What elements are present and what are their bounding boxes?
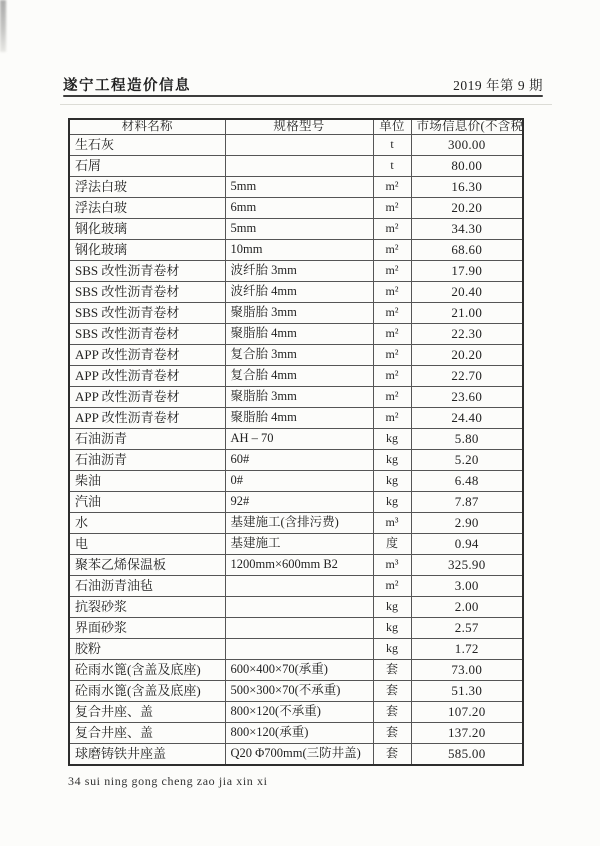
table-row: 浮法白玻6mmm²20.20: [69, 197, 523, 218]
price-cell: 20.20: [411, 344, 523, 365]
price-cell: 2.00: [411, 596, 523, 617]
material-name-cell: 球磨铸铁井座盖: [69, 743, 225, 765]
unit-cell: 度: [373, 533, 411, 554]
spec-cell: 聚脂胎 3mm: [225, 302, 373, 323]
material-name-cell: 石屑: [69, 155, 225, 176]
material-name-cell: 钢化玻璃: [69, 218, 225, 239]
table-row: 胶粉kg1.72: [69, 638, 523, 659]
material-name-cell: SBS 改性沥青卷材: [69, 323, 225, 344]
spec-cell: 5mm: [225, 218, 373, 239]
price-cell: 16.30: [411, 176, 523, 197]
unit-cell: m²: [373, 344, 411, 365]
unit-cell: 套: [373, 722, 411, 743]
header-rule-shadow: [60, 104, 552, 105]
page-header: 遂宁工程造价信息 2019 年第 9 期: [63, 74, 543, 95]
price-cell: 585.00: [411, 743, 523, 765]
unit-cell: t: [373, 155, 411, 176]
price-cell: 80.00: [411, 155, 523, 176]
material-name-cell: APP 改性沥青卷材: [69, 386, 225, 407]
unit-cell: m²: [373, 302, 411, 323]
spec-cell: 聚脂胎 3mm: [225, 386, 373, 407]
table-row: 生石灰t300.00: [69, 134, 523, 155]
spec-cell: [225, 575, 373, 596]
material-name-cell: APP 改性沥青卷材: [69, 407, 225, 428]
unit-cell: kg: [373, 617, 411, 638]
material-name-cell: 胶粉: [69, 638, 225, 659]
price-cell: 3.00: [411, 575, 523, 596]
footer-note: 34 sui ning gong cheng zao jia xin xi: [68, 774, 268, 788]
header-rule: [63, 95, 543, 97]
unit-cell: kg: [373, 638, 411, 659]
table-row: SBS 改性沥青卷材波纤胎 4mmm²20.40: [69, 281, 523, 302]
table-row: 砼雨水篦(含盖及底座)500×300×70(不承重)套51.30: [69, 680, 523, 701]
spec-cell: 复合胎 3mm: [225, 344, 373, 365]
spec-cell: 0#: [225, 470, 373, 491]
table-row: APP 改性沥青卷材复合胎 4mmm²22.70: [69, 365, 523, 386]
table-row: SBS 改性沥青卷材聚脂胎 3mmm²21.00: [69, 302, 523, 323]
table-row: 石油沥青AH – 70kg5.80: [69, 428, 523, 449]
unit-cell: m²: [373, 239, 411, 260]
material-name-cell: 聚苯乙烯保温板: [69, 554, 225, 575]
table-row: 柴油0#kg6.48: [69, 470, 523, 491]
table-row: 钢化玻璃10mmm²68.60: [69, 239, 523, 260]
spec-cell: 聚脂胎 4mm: [225, 407, 373, 428]
col-header-spec: 规格型号: [225, 119, 373, 134]
price-cell: 20.20: [411, 197, 523, 218]
material-name-cell: 生石灰: [69, 134, 225, 155]
table-row: SBS 改性沥青卷材波纤胎 3mmm²17.90: [69, 260, 523, 281]
table-row: 界面砂浆kg2.57: [69, 617, 523, 638]
spec-cell: 基建施工(含排污费): [225, 512, 373, 533]
material-name-cell: 水: [69, 512, 225, 533]
material-name-cell: 石油沥青油毡: [69, 575, 225, 596]
price-cell: 2.90: [411, 512, 523, 533]
spec-cell: 60#: [225, 449, 373, 470]
table-row: 复合井座、盖800×120(不承重)套107.20: [69, 701, 523, 722]
unit-cell: kg: [373, 428, 411, 449]
price-cell: 0.94: [411, 533, 523, 554]
spec-cell: 1200mm×600mm B2: [225, 554, 373, 575]
table-row: 电基建施工度0.94: [69, 533, 523, 554]
unit-cell: m²: [373, 176, 411, 197]
spec-cell: Q20 Φ700mm(三防井盖): [225, 743, 373, 765]
price-cell: 5.20: [411, 449, 523, 470]
table-row: 水基建施工(含排污费)m³2.90: [69, 512, 523, 533]
price-cell: 6.48: [411, 470, 523, 491]
material-name-cell: 浮法白玻: [69, 197, 225, 218]
spec-cell: 聚脂胎 4mm: [225, 323, 373, 344]
price-cell: 325.90: [411, 554, 523, 575]
material-name-cell: 界面砂浆: [69, 617, 225, 638]
unit-cell: m²: [373, 575, 411, 596]
spec-cell: 复合胎 4mm: [225, 365, 373, 386]
spec-cell: 92#: [225, 491, 373, 512]
table-row: APP 改性沥青卷材聚脂胎 4mmm²24.40: [69, 407, 523, 428]
unit-cell: m²: [373, 386, 411, 407]
col-header-material: 材料名称: [69, 119, 225, 134]
table-row: 石油沥青油毡m²3.00: [69, 575, 523, 596]
table-row: 球磨铸铁井座盖Q20 Φ700mm(三防井盖)套585.00: [69, 743, 523, 765]
spec-cell: [225, 596, 373, 617]
table-row: 汽油92#kg7.87: [69, 491, 523, 512]
table-row: 砼雨水篦(含盖及底座)600×400×70(承重)套73.00: [69, 659, 523, 680]
material-name-cell: APP 改性沥青卷材: [69, 344, 225, 365]
price-cell: 22.70: [411, 365, 523, 386]
spec-cell: 500×300×70(不承重): [225, 680, 373, 701]
unit-cell: m²: [373, 407, 411, 428]
table-row: 钢化玻璃5mmm²34.30: [69, 218, 523, 239]
unit-cell: m²: [373, 197, 411, 218]
unit-cell: 套: [373, 743, 411, 765]
spec-cell: 600×400×70(承重): [225, 659, 373, 680]
price-cell: 300.00: [411, 134, 523, 155]
material-name-cell: 复合井座、盖: [69, 701, 225, 722]
price-cell: 21.00: [411, 302, 523, 323]
table-header-row: 材料名称 规格型号 单位 市场信息价(不含税): [69, 119, 523, 134]
journal-title: 遂宁工程造价信息: [63, 74, 191, 95]
material-name-cell: SBS 改性沥青卷材: [69, 302, 225, 323]
unit-cell: t: [373, 134, 411, 155]
spec-cell: [225, 155, 373, 176]
price-table: 材料名称 规格型号 单位 市场信息价(不含税) 生石灰t300.00石屑t80.…: [68, 118, 524, 766]
unit-cell: m²: [373, 281, 411, 302]
table-row: APP 改性沥青卷材复合胎 3mmm²20.20: [69, 344, 523, 365]
material-name-cell: 浮法白玻: [69, 176, 225, 197]
unit-cell: kg: [373, 596, 411, 617]
table-row: 石油沥青60#kg5.20: [69, 449, 523, 470]
spec-cell: 波纤胎 4mm: [225, 281, 373, 302]
unit-cell: m²: [373, 365, 411, 386]
price-cell: 34.30: [411, 218, 523, 239]
table-row: 聚苯乙烯保温板1200mm×600mm B2m³325.90: [69, 554, 523, 575]
price-cell: 107.20: [411, 701, 523, 722]
unit-cell: 套: [373, 680, 411, 701]
price-cell: 22.30: [411, 323, 523, 344]
spec-cell: 5mm: [225, 176, 373, 197]
scanned-page: 遂宁工程造价信息 2019 年第 9 期 材料名称 规格型号 单位 市场信息价(…: [0, 0, 600, 846]
price-cell: 7.87: [411, 491, 523, 512]
material-name-cell: 汽油: [69, 491, 225, 512]
price-cell: 137.20: [411, 722, 523, 743]
material-name-cell: SBS 改性沥青卷材: [69, 260, 225, 281]
table-row: 石屑t80.00: [69, 155, 523, 176]
unit-cell: m²: [373, 323, 411, 344]
price-cell: 23.60: [411, 386, 523, 407]
price-cell: 5.80: [411, 428, 523, 449]
spec-cell: 6mm: [225, 197, 373, 218]
material-name-cell: 钢化玻璃: [69, 239, 225, 260]
spec-cell: 800×120(承重): [225, 722, 373, 743]
spec-cell: 基建施工: [225, 533, 373, 554]
table-row: 浮法白玻5mmm²16.30: [69, 176, 523, 197]
material-name-cell: 石油沥青: [69, 449, 225, 470]
spec-cell: 波纤胎 3mm: [225, 260, 373, 281]
table-row: 抗裂砂浆kg2.00: [69, 596, 523, 617]
unit-cell: m³: [373, 512, 411, 533]
material-name-cell: SBS 改性沥青卷材: [69, 281, 225, 302]
unit-cell: kg: [373, 491, 411, 512]
spec-cell: [225, 617, 373, 638]
price-cell: 17.90: [411, 260, 523, 281]
table-row: 复合井座、盖800×120(承重)套137.20: [69, 722, 523, 743]
price-cell: 73.00: [411, 659, 523, 680]
material-name-cell: 砼雨水篦(含盖及底座): [69, 680, 225, 701]
unit-cell: 套: [373, 701, 411, 722]
table-row: APP 改性沥青卷材聚脂胎 3mmm²23.60: [69, 386, 523, 407]
spec-cell: [225, 638, 373, 659]
unit-cell: m²: [373, 218, 411, 239]
spec-cell: AH – 70: [225, 428, 373, 449]
unit-cell: 套: [373, 659, 411, 680]
price-cell: 1.72: [411, 638, 523, 659]
price-cell: 51.30: [411, 680, 523, 701]
unit-cell: kg: [373, 470, 411, 491]
material-name-cell: 复合井座、盖: [69, 722, 225, 743]
material-name-cell: 柴油: [69, 470, 225, 491]
price-cell: 24.40: [411, 407, 523, 428]
spec-cell: 800×120(不承重): [225, 701, 373, 722]
material-name-cell: 砼雨水篦(含盖及底座): [69, 659, 225, 680]
page-footer: 34 sui ning gong cheng zao jia xin xi: [68, 774, 268, 789]
material-name-cell: APP 改性沥青卷材: [69, 365, 225, 386]
issue-label: 2019 年第 9 期: [453, 74, 543, 94]
table-row: SBS 改性沥青卷材聚脂胎 4mmm²22.30: [69, 323, 523, 344]
material-name-cell: 电: [69, 533, 225, 554]
spec-cell: [225, 134, 373, 155]
price-cell: 20.40: [411, 281, 523, 302]
material-name-cell: 石油沥青: [69, 428, 225, 449]
price-cell: 68.60: [411, 239, 523, 260]
col-header-unit: 单位: [373, 119, 411, 134]
material-name-cell: 抗裂砂浆: [69, 596, 225, 617]
spec-cell: 10mm: [225, 239, 373, 260]
unit-cell: m³: [373, 554, 411, 575]
col-header-price: 市场信息价(不含税): [411, 119, 523, 134]
unit-cell: m²: [373, 260, 411, 281]
price-cell: 2.57: [411, 617, 523, 638]
scan-edge-artifact: [0, 0, 6, 52]
unit-cell: kg: [373, 449, 411, 470]
